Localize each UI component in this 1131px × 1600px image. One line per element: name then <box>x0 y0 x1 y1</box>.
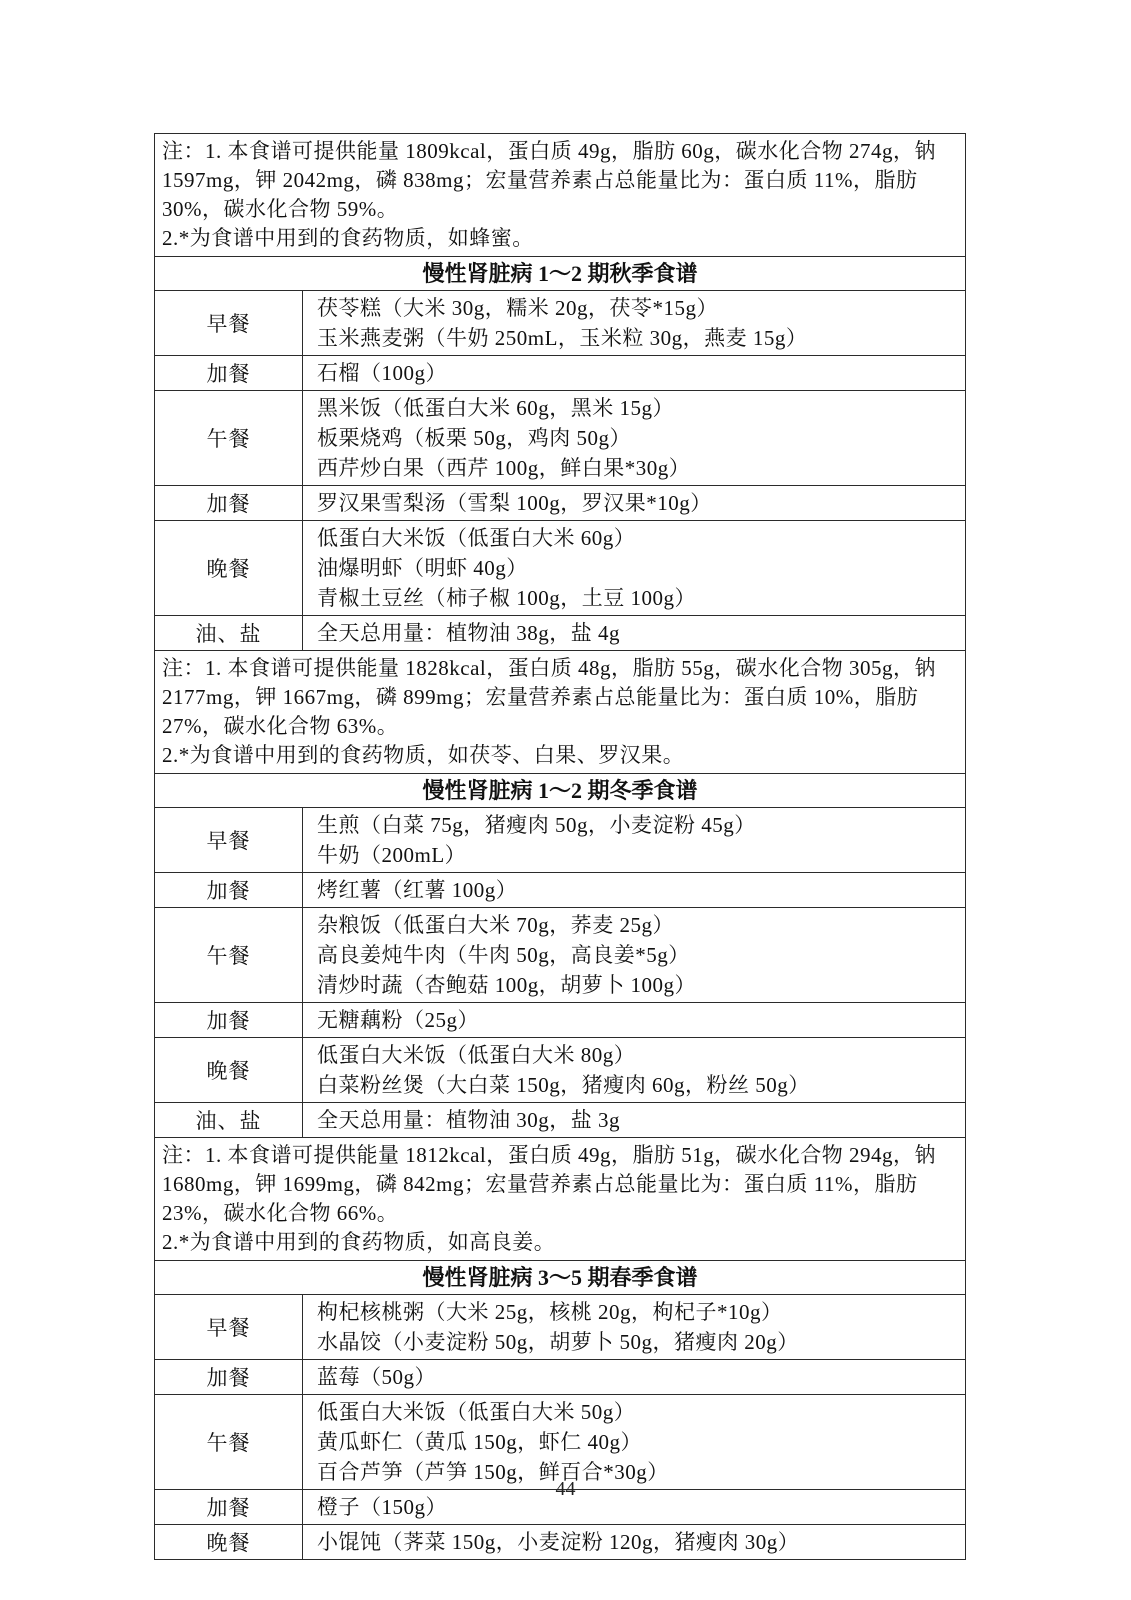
dish-item: 清炒时蔬（杏鲍菇 100g，胡萝卜 100g） <box>317 970 959 1000</box>
dish-item: 石榴（100g） <box>317 358 959 388</box>
meal-items: 低蛋白大米饭（低蛋白大米 80g）白菜粉丝煲（大白菜 150g，猪瘦肉 60g，… <box>303 1038 965 1102</box>
dish-item: 低蛋白大米饭（低蛋白大米 50g） <box>317 1397 959 1427</box>
note-paragraph: 注：1. 本食谱可提供能量 1812kcal，蛋白质 49g，脂肪 51g，碳水… <box>162 1141 957 1228</box>
meal-label: 油、盐 <box>155 1103 303 1137</box>
meal-row: 午餐 低蛋白大米饭（低蛋白大米 50g）黄瓜虾仁（黄瓜 150g，虾仁 40g）… <box>155 1394 965 1489</box>
note-paragraph: 注：1. 本食谱可提供能量 1809kcal，蛋白质 49g，脂肪 60g，碳水… <box>162 137 957 224</box>
meal-label: 午餐 <box>155 391 303 485</box>
note-row: 注：1. 本食谱可提供能量 1828kcal，蛋白质 48g，脂肪 55g，碳水… <box>155 650 965 773</box>
meal-label: 早餐 <box>155 808 303 872</box>
meal-row: 加餐 无糖藕粉（25g） <box>155 1002 965 1037</box>
meal-items: 烤红薯（红薯 100g） <box>303 873 965 907</box>
meal-label: 午餐 <box>155 908 303 1002</box>
note-row: 注：1. 本食谱可提供能量 1809kcal，蛋白质 49g，脂肪 60g，碳水… <box>155 134 965 256</box>
meal-row: 油、盐 全天总用量：植物油 30g，盐 3g <box>155 1102 965 1137</box>
meal-label: 加餐 <box>155 873 303 907</box>
menu-title: 慢性肾脏病 3～5 期春季食谱 <box>422 1265 697 1290</box>
dish-item: 水晶饺（小麦淀粉 50g，胡萝卜 50g，猪瘦肉 20g） <box>317 1327 959 1357</box>
menu-title-row: 慢性肾脏病 1～2 期冬季食谱 <box>155 773 965 807</box>
meal-row: 午餐 杂粮饭（低蛋白大米 70g，荞麦 25g）高良姜炖牛肉（牛肉 50g，高良… <box>155 907 965 1002</box>
meal-row: 晚餐 小馄饨（荠菜 150g，小麦淀粉 120g，猪瘦肉 30g） <box>155 1524 965 1559</box>
dish-item: 板栗烧鸡（板栗 50g，鸡肉 50g） <box>317 423 959 453</box>
page-number: 44 <box>0 1478 1131 1501</box>
menu-title: 慢性肾脏病 1～2 期冬季食谱 <box>422 778 697 803</box>
note-paragraph: 2.*为食谱中用到的食药物质，如高良姜。 <box>162 1228 957 1257</box>
meal-items: 黑米饭（低蛋白大米 60g，黑米 15g）板栗烧鸡（板栗 50g，鸡肉 50g）… <box>303 391 965 485</box>
dish-item: 生煎（白菜 75g，猪瘦肉 50g，小麦淀粉 45g） <box>317 810 959 840</box>
menu-title-row: 慢性肾脏病 3～5 期春季食谱 <box>155 1260 965 1294</box>
meal-items: 全天总用量：植物油 30g，盐 3g <box>303 1103 965 1137</box>
dish-item: 烤红薯（红薯 100g） <box>317 875 959 905</box>
meal-label: 加餐 <box>155 486 303 520</box>
dish-item: 小馄饨（荠菜 150g，小麦淀粉 120g，猪瘦肉 30g） <box>317 1527 959 1557</box>
dish-item: 油爆明虾（明虾 40g） <box>317 553 959 583</box>
dish-item: 黑米饭（低蛋白大米 60g，黑米 15g） <box>317 393 959 423</box>
note-text: 注：1. 本食谱可提供能量 1828kcal，蛋白质 48g，脂肪 55g，碳水… <box>155 651 965 773</box>
meal-row: 加餐 罗汉果雪梨汤（雪梨 100g，罗汉果*10g） <box>155 485 965 520</box>
meal-row: 早餐 生煎（白菜 75g，猪瘦肉 50g，小麦淀粉 45g）牛奶（200mL） <box>155 807 965 872</box>
meal-row: 加餐 烤红薯（红薯 100g） <box>155 872 965 907</box>
meal-label: 加餐 <box>155 1360 303 1394</box>
dish-item: 牛奶（200mL） <box>317 840 959 870</box>
meal-row: 油、盐 全天总用量：植物油 38g，盐 4g <box>155 615 965 650</box>
meal-row: 午餐 黑米饭（低蛋白大米 60g，黑米 15g）板栗烧鸡（板栗 50g，鸡肉 5… <box>155 390 965 485</box>
meal-row: 加餐 蓝莓（50g） <box>155 1359 965 1394</box>
dish-item: 玉米燕麦粥（牛奶 250mL，玉米粒 30g，燕麦 15g） <box>317 323 959 353</box>
dish-item: 青椒土豆丝（柿子椒 100g，土豆 100g） <box>317 583 959 613</box>
menu-title-row: 慢性肾脏病 1～2 期秋季食谱 <box>155 256 965 290</box>
meal-row: 晚餐 低蛋白大米饭（低蛋白大米 60g）油爆明虾（明虾 40g）青椒土豆丝（柿子… <box>155 520 965 615</box>
dish-item: 蓝莓（50g） <box>317 1362 959 1392</box>
meal-items: 低蛋白大米饭（低蛋白大米 50g）黄瓜虾仁（黄瓜 150g，虾仁 40g）百合芦… <box>303 1395 965 1489</box>
meal-label: 晚餐 <box>155 1525 303 1559</box>
note-paragraph: 2.*为食谱中用到的食药物质，如蜂蜜。 <box>162 224 957 253</box>
meal-items: 小馄饨（荠菜 150g，小麦淀粉 120g，猪瘦肉 30g） <box>303 1525 965 1559</box>
diet-plan-table: 注：1. 本食谱可提供能量 1809kcal，蛋白质 49g，脂肪 60g，碳水… <box>154 133 966 1560</box>
dish-item: 黄瓜虾仁（黄瓜 150g，虾仁 40g） <box>317 1427 959 1457</box>
dish-item: 无糖藕粉（25g） <box>317 1005 959 1035</box>
meal-label: 加餐 <box>155 1003 303 1037</box>
meal-items: 全天总用量：植物油 38g，盐 4g <box>303 616 965 650</box>
meal-items: 低蛋白大米饭（低蛋白大米 60g）油爆明虾（明虾 40g）青椒土豆丝（柿子椒 1… <box>303 521 965 615</box>
menu-title: 慢性肾脏病 1～2 期秋季食谱 <box>422 261 697 286</box>
meal-items: 罗汉果雪梨汤（雪梨 100g，罗汉果*10g） <box>303 486 965 520</box>
meal-row: 晚餐 低蛋白大米饭（低蛋白大米 80g）白菜粉丝煲（大白菜 150g，猪瘦肉 6… <box>155 1037 965 1102</box>
dish-item: 茯苓糕（大米 30g，糯米 20g，茯苓*15g） <box>317 293 959 323</box>
dish-item: 全天总用量：植物油 38g，盐 4g <box>317 618 959 648</box>
meal-label: 晚餐 <box>155 521 303 615</box>
dish-item: 杂粮饭（低蛋白大米 70g，荞麦 25g） <box>317 910 959 940</box>
dish-item: 西芹炒白果（西芹 100g，鲜白果*30g） <box>317 453 959 483</box>
dish-item: 高良姜炖牛肉（牛肉 50g，高良姜*5g） <box>317 940 959 970</box>
meal-items: 茯苓糕（大米 30g，糯米 20g，茯苓*15g）玉米燕麦粥（牛奶 250mL，… <box>303 291 965 355</box>
note-text: 注：1. 本食谱可提供能量 1812kcal，蛋白质 49g，脂肪 51g，碳水… <box>155 1138 965 1260</box>
meal-items: 蓝莓（50g） <box>303 1360 965 1394</box>
meal-label: 早餐 <box>155 291 303 355</box>
dish-item: 低蛋白大米饭（低蛋白大米 80g） <box>317 1040 959 1070</box>
meal-row: 加餐 石榴（100g） <box>155 355 965 390</box>
meal-row: 早餐 茯苓糕（大米 30g，糯米 20g，茯苓*15g）玉米燕麦粥（牛奶 250… <box>155 290 965 355</box>
meal-label: 晚餐 <box>155 1038 303 1102</box>
note-row: 注：1. 本食谱可提供能量 1812kcal，蛋白质 49g，脂肪 51g，碳水… <box>155 1137 965 1260</box>
meal-items: 杂粮饭（低蛋白大米 70g，荞麦 25g）高良姜炖牛肉（牛肉 50g，高良姜*5… <box>303 908 965 1002</box>
meal-label: 油、盐 <box>155 616 303 650</box>
dish-item: 罗汉果雪梨汤（雪梨 100g，罗汉果*10g） <box>317 488 959 518</box>
dish-item: 全天总用量：植物油 30g，盐 3g <box>317 1105 959 1135</box>
note-text: 注：1. 本食谱可提供能量 1809kcal，蛋白质 49g，脂肪 60g，碳水… <box>155 134 965 256</box>
note-paragraph: 2.*为食谱中用到的食药物质，如茯苓、白果、罗汉果。 <box>162 741 957 770</box>
note-paragraph: 注：1. 本食谱可提供能量 1828kcal，蛋白质 48g，脂肪 55g，碳水… <box>162 654 957 741</box>
meal-label: 加餐 <box>155 356 303 390</box>
dish-item: 低蛋白大米饭（低蛋白大米 60g） <box>317 523 959 553</box>
meal-row: 早餐 枸杞核桃粥（大米 25g，核桃 20g，枸杞子*10g）水晶饺（小麦淀粉 … <box>155 1294 965 1359</box>
meal-items: 石榴（100g） <box>303 356 965 390</box>
dish-item: 枸杞核桃粥（大米 25g，核桃 20g，枸杞子*10g） <box>317 1297 959 1327</box>
meal-label: 早餐 <box>155 1295 303 1359</box>
dish-item: 白菜粉丝煲（大白菜 150g，猪瘦肉 60g，粉丝 50g） <box>317 1070 959 1100</box>
meal-items: 生煎（白菜 75g，猪瘦肉 50g，小麦淀粉 45g）牛奶（200mL） <box>303 808 965 872</box>
meal-items: 枸杞核桃粥（大米 25g，核桃 20g，枸杞子*10g）水晶饺（小麦淀粉 50g… <box>303 1295 965 1359</box>
meal-items: 无糖藕粉（25g） <box>303 1003 965 1037</box>
meal-label: 午餐 <box>155 1395 303 1489</box>
